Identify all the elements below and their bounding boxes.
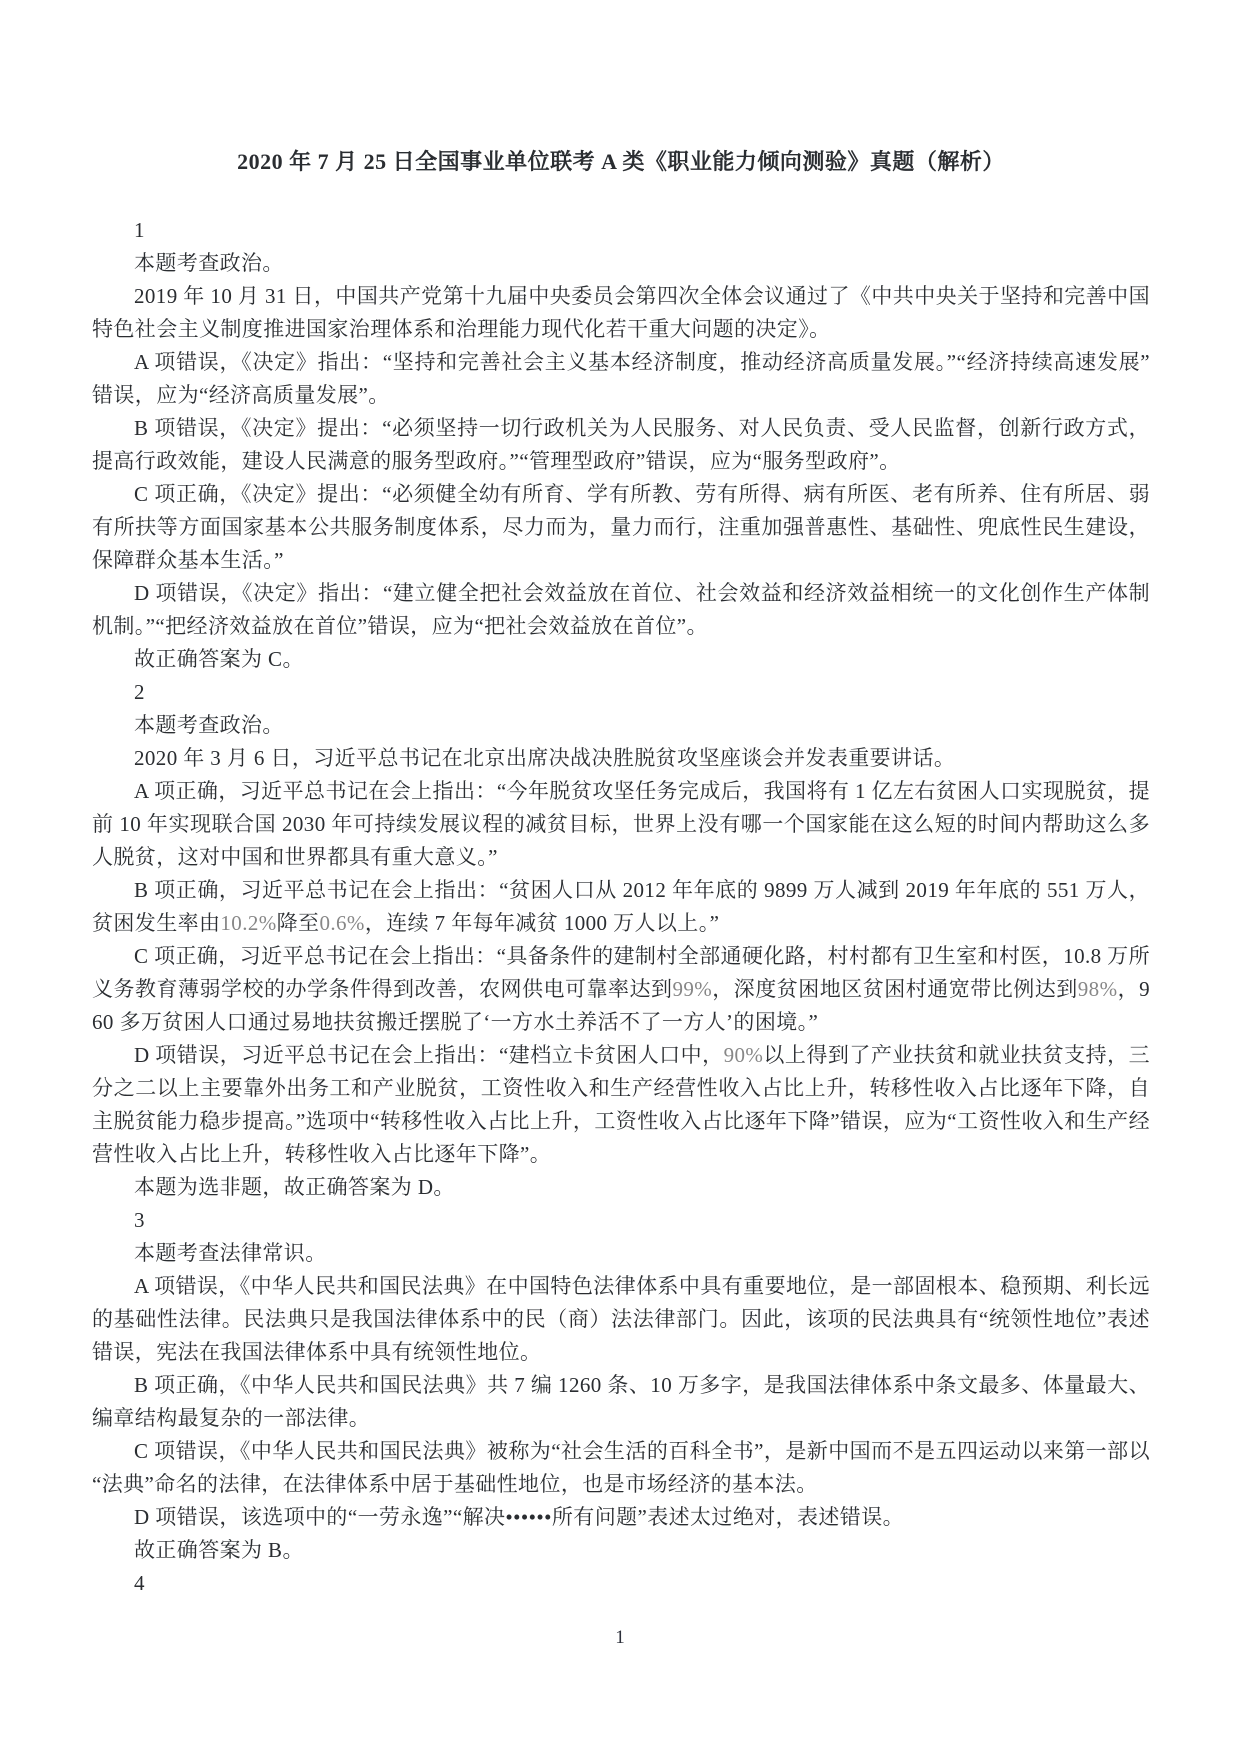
- body-paragraph: C 项正确，习近平总书记在会上指出：“具备条件的建制村全部通硬化路，村村都有卫生…: [92, 940, 1150, 1039]
- text-run: C 项错误，《中华人民共和国民法典》被称为“社会生活的百科全书”，是新中国而不是…: [92, 1439, 1150, 1496]
- text-run: A 项错误，《决定》指出：“坚持和完善社会主义基本经济制度，推动经济高质量发展。…: [92, 350, 1150, 407]
- body-paragraph: B 项正确，《中华人民共和国民法典》共 7 编 1260 条、10 万多字，是我…: [92, 1369, 1150, 1435]
- body-paragraph: 2019 年 10 月 31 日，中国共产党第十九届中央委员会第四次全体会议通过…: [92, 280, 1150, 346]
- body-paragraph: A 项正确，习近平总书记在会上指出：“今年脱贫攻坚任务完成后，我国将有 1 亿左…: [92, 775, 1150, 874]
- text-run: B 项正确，《中华人民共和国民法典》共 7 编 1260 条、10 万多字，是我…: [92, 1373, 1150, 1430]
- document-body: 1本题考查政治。2019 年 10 月 31 日，中国共产党第十九届中央委员会第…: [92, 214, 1150, 1600]
- text-run: 故正确答案为 B。: [134, 1538, 304, 1562]
- text-run: B 项错误，《决定》提出：“必须坚持一切行政机关为人民服务、对人民负责、受人民监…: [92, 416, 1150, 473]
- body-paragraph: D 项错误，习近平总书记在会上指出：“建档立卡贫困人口中，90%以上得到了产业扶…: [92, 1039, 1150, 1171]
- highlighted-statistic: 99%: [672, 977, 712, 1001]
- text-run: D 项错误，该选项中的“一劳永逸”“解决••••••所有问题”表述太过绝对，表述…: [134, 1505, 904, 1529]
- text-run: 故正确答案为 C。: [134, 647, 304, 671]
- text-run: 本题为选非题，故正确答案为 D。: [134, 1175, 455, 1199]
- page-number: 1: [615, 1627, 625, 1648]
- body-paragraph: A 项错误，《决定》指出：“坚持和完善社会主义基本经济制度，推动经济高质量发展。…: [92, 346, 1150, 412]
- text-run: 1: [134, 218, 145, 242]
- text-run: 3: [134, 1208, 145, 1232]
- text-run: ，深度贫困地区贫困村通宽带比例达到: [712, 977, 1078, 1001]
- body-paragraph: D 项错误，该选项中的“一劳永逸”“解决••••••所有问题”表述太过绝对，表述…: [92, 1501, 1150, 1534]
- body-paragraph: B 项错误，《决定》提出：“必须坚持一切行政机关为人民服务、对人民负责、受人民监…: [92, 412, 1150, 478]
- body-paragraph: 本题考查法律常识。: [92, 1237, 1150, 1270]
- text-run: C 项正确，《决定》提出：“必须健全幼有所育、学有所教、劳有所得、病有所医、老有…: [92, 482, 1150, 572]
- text-run: D 项错误，《决定》指出：“建立健全把社会效益放在首位、社会效益和经济效益相统一…: [92, 581, 1150, 638]
- question-number: 3: [92, 1204, 1150, 1237]
- text-run: 2020 年 3 月 6 日，习近平总书记在北京出席决战决胜脱贫攻坚座谈会并发表…: [134, 746, 955, 770]
- body-paragraph: D 项错误，《决定》指出：“建立健全把社会效益放在首位、社会效益和经济效益相统一…: [92, 577, 1150, 643]
- page-footer: 1: [0, 1626, 1240, 1650]
- text-run: D 项错误，习近平总书记在会上指出：“建档立卡贫困人口中，: [134, 1043, 724, 1067]
- body-paragraph: B 项正确，习近平总书记在会上指出：“贫困人口从 2012 年年底的 9899 …: [92, 874, 1150, 940]
- body-paragraph: 本题为选非题，故正确答案为 D。: [92, 1171, 1150, 1204]
- body-paragraph: 故正确答案为 C。: [92, 643, 1150, 676]
- body-paragraph: 本题考查政治。: [92, 247, 1150, 280]
- body-paragraph: 2020 年 3 月 6 日，习近平总书记在北京出席决战决胜脱贫攻坚座谈会并发表…: [92, 742, 1150, 775]
- highlighted-statistic: 10.2%: [220, 911, 276, 935]
- document-content: 2020 年 7 月 25 日全国事业单位联考 A 类《职业能力倾向测验》真题（…: [92, 146, 1150, 1600]
- body-paragraph: 故正确答案为 B。: [92, 1534, 1150, 1567]
- text-run: 本题考查政治。: [134, 251, 284, 275]
- body-paragraph: C 项错误，《中华人民共和国民法典》被称为“社会生活的百科全书”，是新中国而不是…: [92, 1435, 1150, 1501]
- text-run: 降至: [277, 911, 320, 935]
- text-run: A 项正确，习近平总书记在会上指出：“今年脱贫攻坚任务完成后，我国将有 1 亿左…: [92, 779, 1150, 869]
- document-page: 2020 年 7 月 25 日全国事业单位联考 A 类《职业能力倾向测验》真题（…: [0, 0, 1240, 1754]
- text-run: 本题考查法律常识。: [134, 1241, 327, 1265]
- question-number: 4: [92, 1567, 1150, 1600]
- body-paragraph: C 项正确，《决定》提出：“必须健全幼有所育、学有所教、劳有所得、病有所医、老有…: [92, 478, 1150, 577]
- highlighted-statistic: 90%: [724, 1043, 764, 1067]
- highlighted-statistic: 98%: [1078, 977, 1118, 1001]
- highlighted-statistic: 0.6%: [319, 911, 364, 935]
- document-title: 2020 年 7 月 25 日全国事业单位联考 A 类《职业能力倾向测验》真题（…: [92, 146, 1150, 177]
- text-run: 4: [134, 1571, 145, 1595]
- body-paragraph: 本题考查政治。: [92, 709, 1150, 742]
- body-paragraph: A 项错误，《中华人民共和国民法典》在中国特色法律体系中具有重要地位，是一部固根…: [92, 1270, 1150, 1369]
- text-run: 2: [134, 680, 145, 704]
- question-number: 1: [92, 214, 1150, 247]
- text-run: ，连续 7 年每年减贫 1000 万人以上。”: [365, 911, 720, 935]
- text-run: 2019 年 10 月 31 日，中国共产党第十九届中央委员会第四次全体会议通过…: [92, 284, 1150, 341]
- question-number: 2: [92, 676, 1150, 709]
- text-run: 本题考查政治。: [134, 713, 284, 737]
- text-run: A 项错误，《中华人民共和国民法典》在中国特色法律体系中具有重要地位，是一部固根…: [92, 1274, 1150, 1364]
